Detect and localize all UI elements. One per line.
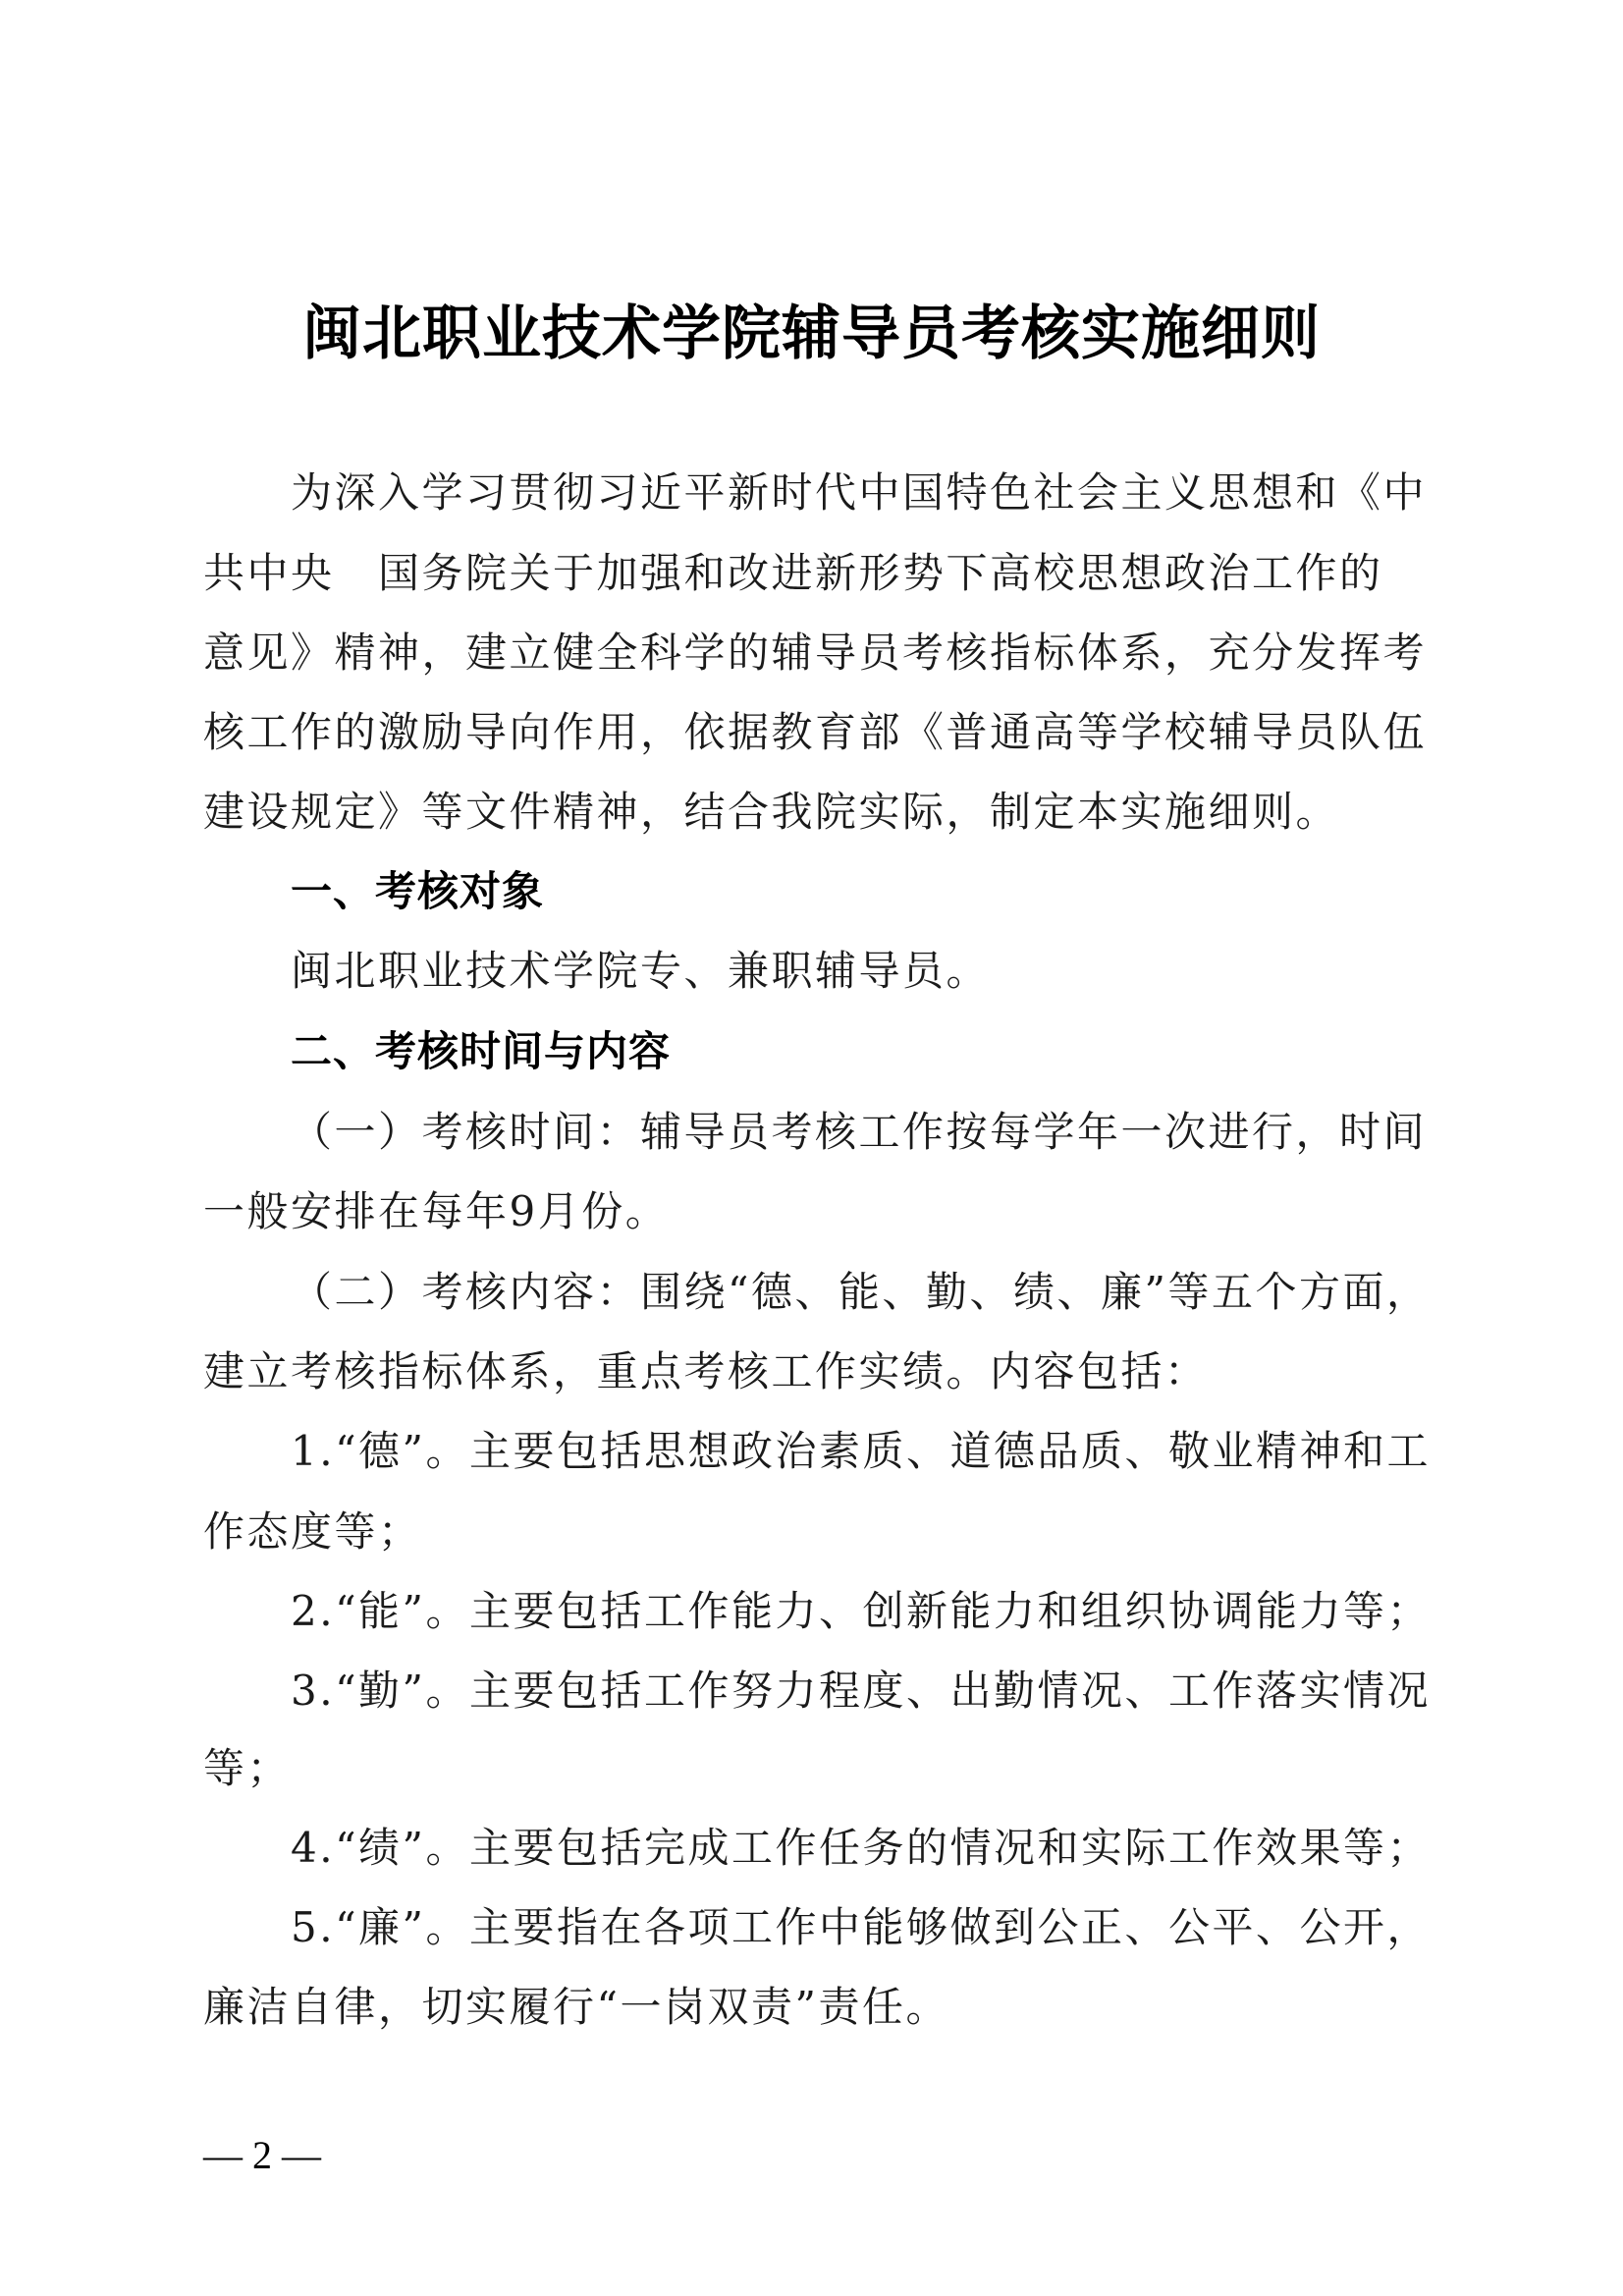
item-2-line-1: 2.“能”。主要包括工作能力、创新能力和组织协调能力等； xyxy=(291,1584,1528,1639)
item-3-line-2: 等； xyxy=(203,1741,1440,1796)
subsection-time-line-1: （一）考核时间：辅导员考核工作按每学年一次进行，时间 xyxy=(291,1105,1528,1160)
item-1-line-2: 作态度等； xyxy=(203,1504,1440,1559)
subsection-content-line-1: （二）考核内容：围绕“德、能、勤、绩、廉”等五个方面， xyxy=(291,1265,1528,1320)
paragraph-intro-line-1: 为深入学习贯彻习近平新时代中国特色社会主义思想和《中 xyxy=(291,465,1528,520)
item-1-line-1: 1.“德”。主要包括思想政治素质、道德品质、敬业精神和工 xyxy=(291,1424,1528,1479)
document-title: 闽北职业技术学院辅导员考核实施细则 xyxy=(0,287,1623,371)
item-5-line-1: 5.“廉”。主要指在各项工作中能够做到公正、公平、公开， xyxy=(291,1900,1528,1955)
subsection-content-line-2: 建立考核指标体系，重点考核工作实绩。内容包括： xyxy=(203,1344,1440,1399)
page-number: — 2 — xyxy=(203,2131,321,2180)
subsection-time-line-2: 一般安排在每年9月份。 xyxy=(203,1184,1440,1239)
section-heading-2: 二、考核时间与内容 xyxy=(291,1024,1528,1079)
item-4-line-1: 4.“绩”。主要包括完成工作任务的情况和实际工作效果等； xyxy=(291,1821,1528,1876)
paragraph-intro-line-5: 建设规定》等文件精神，结合我院实际，制定本实施细则。 xyxy=(203,785,1440,840)
item-3-line-1: 3.“勤”。主要包括工作努力程度、出勤情况、工作落实情况 xyxy=(291,1664,1528,1719)
paragraph-intro-line-2: 共中央 国务院关于加强和改进新形势下高校思想政治工作的 xyxy=(203,546,1440,601)
section-1-body: 闽北职业技术学院专、兼职辅导员。 xyxy=(291,944,1528,999)
paragraph-intro-line-3: 意见》精神，建立健全科学的辅导员考核指标体系，充分发挥考 xyxy=(203,626,1440,681)
section-heading-1: 一、考核对象 xyxy=(291,864,1528,919)
item-5-line-2: 廉洁自律，切实履行“一岗双责”责任。 xyxy=(203,1980,1440,2035)
document-page: 闽北职业技术学院辅导员考核实施细则 为深入学习贯彻习近平新时代中国特色社会主义思… xyxy=(0,0,1623,2296)
paragraph-intro-line-4: 核工作的激励导向作用，依据教育部《普通高等学校辅导员队伍 xyxy=(203,705,1440,760)
